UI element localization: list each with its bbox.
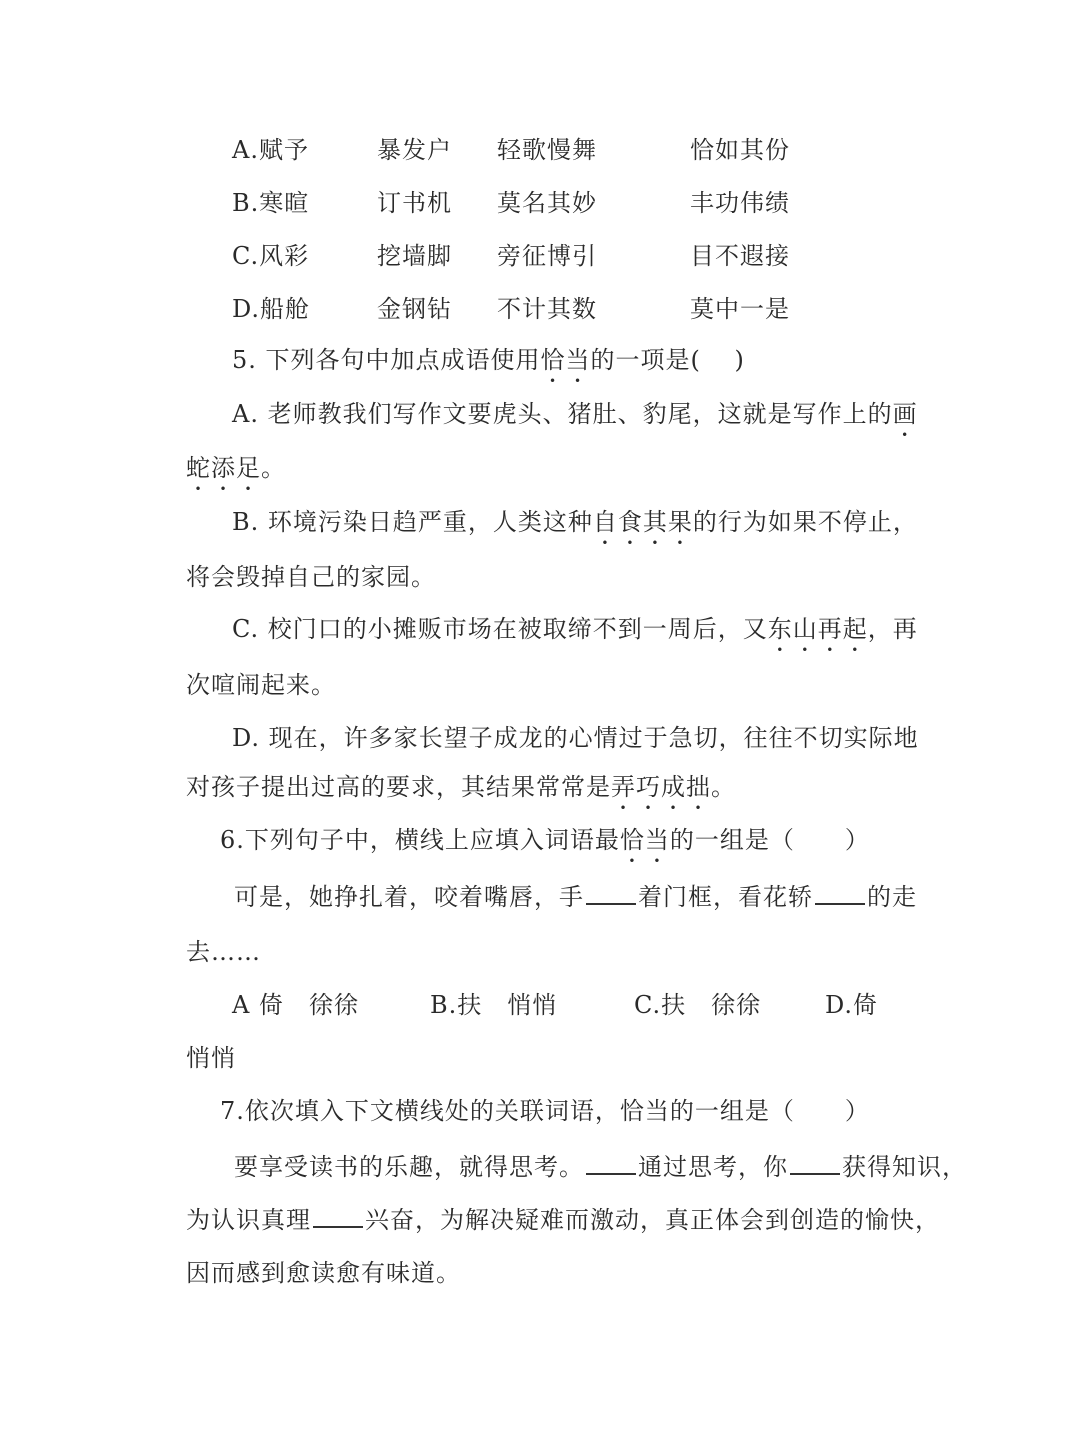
option-label: B.寒暄 [232,188,309,218]
fill-blank [586,1153,636,1175]
option-text: 。 [261,454,286,482]
word: 丰功伟绩 [690,188,790,218]
document-page: A.赋予 暴发户 轻歌慢舞 恰如其份 B.寒暄 订书机 莫名其妙 丰功伟绩 C.… [0,0,1080,1440]
q6-option-d: D.倚 [825,990,878,1020]
option-text: 的行为如果不停止， [693,508,918,536]
fill-blank [815,883,865,905]
stem-text: 5. 下列各句中加点成语使用 [232,346,541,374]
q7-stem: 7.依次填入下文横线处的关联词语，恰当的一组是（ ） [220,1096,870,1126]
q4-option-c: C.风彩 挖墙脚 旁征博引 目不遐接 [0,241,1080,271]
q6-sentence: 可是，她挣扎着，咬着嘴唇，手着门框，看花轿的走 [234,882,917,912]
fill-blank [586,883,636,905]
sentence-text: 可是，她挣扎着，咬着嘴唇，手 [234,883,584,911]
word: 莫名其妙 [497,188,597,218]
emphasized-text: 恰当 [620,826,670,854]
q6-option-d-cont: 悄悄 [186,1043,236,1073]
stem-text: 的一组是（ ） [670,826,870,854]
option-text: B. 环境污染日趋严重，人类这种 [232,508,593,536]
q7-passage-line3: 因而感到愈读愈有味道。 [186,1258,461,1288]
emphasized-text: 恰当 [541,346,591,374]
q7-passage-line2: 为认识真理兴奋，为解决疑难而激动，真正体会到创造的愉快， [186,1205,940,1235]
option-text: C. 校门口的小摊贩市场在被取缔不到一周后，又 [232,615,768,643]
q5-option-c: C. 校门口的小摊贩市场在被取缔不到一周后，又东山再起，再 [232,614,918,657]
q5-option-a: A. 老师教我们写作文要虎头、猪肚、豹尾，这就是写作上的画 [232,399,918,442]
passage-text: 获得知识， [842,1153,967,1181]
passage-text: 通过思考，你 [638,1153,788,1181]
emphasized-text: 东山再起 [768,615,868,643]
q6-sentence-cont: 去…… [186,937,261,967]
option-text: 对孩子提出过高的要求，其结果常常是 [186,773,611,801]
q5-option-d: D. 现在，许多家长望子成龙的心情过于急切，往往不切实际地 [232,723,919,753]
word: 恰如其份 [690,135,790,165]
option-label: D.船舱 [232,294,310,324]
emphasized-text: 蛇添足 [186,454,261,482]
q5-stem: 5. 下列各句中加点成语使用恰当的一项是( ) [232,345,745,388]
fill-blank [313,1206,363,1228]
q5-option-d-cont: 对孩子提出过高的要求，其结果常常是弄巧成拙。 [186,772,736,815]
q4-option-b: B.寒暄 订书机 莫名其妙 丰功伟绩 [0,188,1080,218]
q6-stem: 6.下列句子中，横线上应填入词语最恰当的一组是（ ） [220,825,870,868]
q5-option-a-cont: 蛇添足。 [186,453,286,496]
fill-blank [790,1153,840,1175]
emphasized-text: 自食其果 [593,508,693,536]
q6-option-c: C.扶 徐徐 [634,990,761,1020]
word: 金钢钻 [377,294,452,324]
word: 目不遐接 [690,241,790,271]
stem-text: 的一项是( ) [591,346,745,374]
option-label: C.风彩 [232,241,309,271]
word: 暴发户 [377,135,452,165]
option-text: ，再 [868,615,918,643]
stem-text: 6.下列句子中，横线上应填入词语最 [220,826,620,854]
q6-option-a: A 倚 徐徐 [232,990,359,1020]
q4-option-d: D.船舱 金钢钻 不计其数 莫中一是 [0,294,1080,324]
sentence-text: 的走 [867,883,917,911]
word: 不计其数 [497,294,597,324]
q5-option-b: B. 环境污染日趋严重，人类这种自食其果的行为如果不停止， [232,507,918,550]
q6-option-b: B.扶 悄悄 [430,990,557,1020]
word: 挖墙脚 [377,241,452,271]
passage-text: 兴奋，为解决疑难而激动，真正体会到创造的愉快， [365,1206,940,1234]
passage-text: 要享受读书的乐趣，就得思考。 [234,1153,584,1181]
word: 旁征博引 [497,241,597,271]
option-text: A. 老师教我们写作文要虎头、猪肚、豹尾，这就是写作上的 [232,400,893,428]
option-text: 。 [711,773,736,801]
q7-passage-line1: 要享受读书的乐趣，就得思考。通过思考，你获得知识， [234,1152,967,1182]
word: 订书机 [377,188,452,218]
q4-option-a: A.赋予 暴发户 轻歌慢舞 恰如其份 [0,135,1080,165]
q5-option-b-cont: 将会毁掉自己的家园。 [186,562,436,592]
word: 莫中一是 [690,294,790,324]
passage-text: 为认识真理 [186,1206,311,1234]
sentence-text: 着门框，看花轿 [638,883,813,911]
emphasized-text: 弄巧成拙 [611,773,711,801]
q5-option-c-cont: 次喧闹起来。 [186,670,336,700]
emphasized-text: 画 [893,400,918,428]
word: 轻歌慢舞 [497,135,597,165]
option-label: A.赋予 [232,135,309,165]
